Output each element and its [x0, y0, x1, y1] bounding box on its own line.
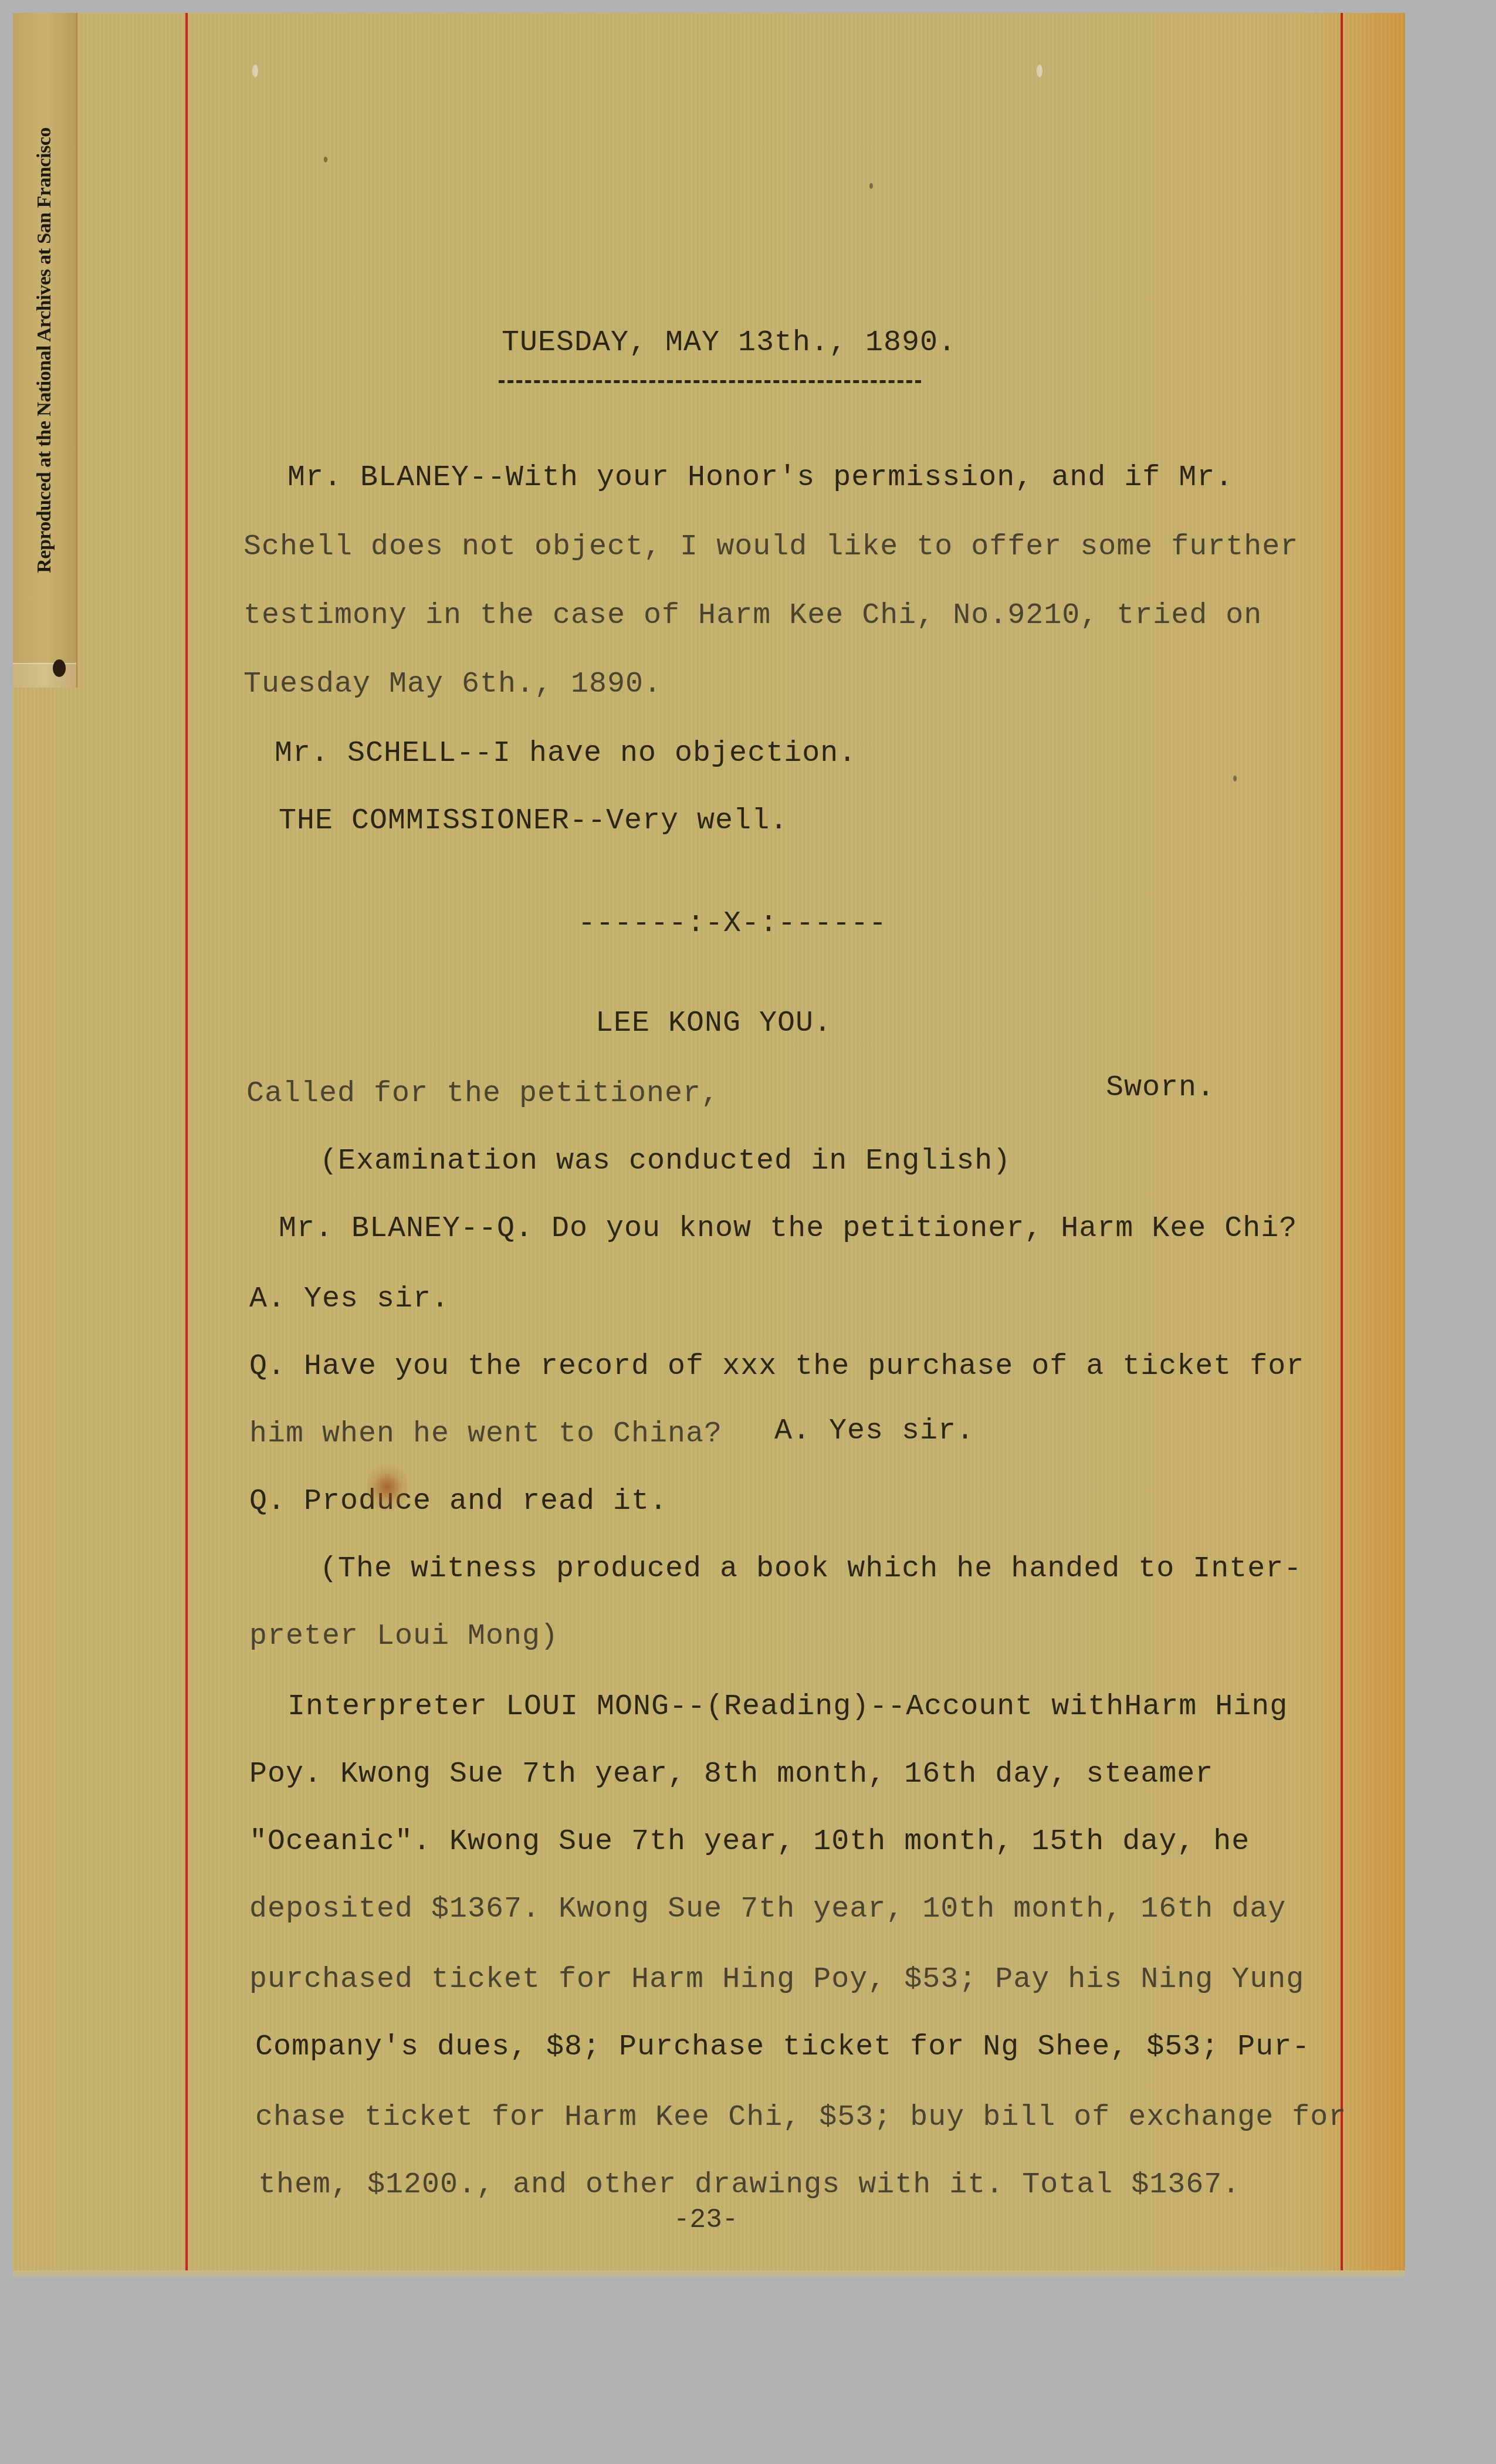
page-title-date: TUESDAY, MAY 13th., 1890.: [502, 326, 956, 361]
witness-action-note-line-1: (The witness produced a book which he ha…: [320, 1552, 1302, 1587]
answer-2: A. Yes sir.: [774, 1414, 974, 1449]
commissioner-response: THE COMMISSIONER--Very well.: [279, 804, 788, 839]
paper-bottom-edge: [13, 2270, 1405, 2277]
reading-line-6: Company's dues, $8; Purchase ticket for …: [255, 2030, 1310, 2065]
reading-line-8: them, $1200., and other drawings with it…: [258, 2168, 1240, 2203]
archive-reproduction-tab: Reproduced at the National Archives at S…: [13, 13, 77, 688]
archive-tab-fold: [13, 663, 76, 688]
reading-line-3: "Oceanic". Kwong Sue 7th year, 10th mont…: [249, 1825, 1250, 1860]
witness-action-note-line-2: preter Loui Mong): [249, 1619, 559, 1654]
archive-tab-tie-icon: [53, 659, 66, 677]
paper-speck: [1233, 776, 1237, 781]
page-number: -23-: [673, 2205, 738, 2235]
schell-response: Mr. SCHELL--I have no objection.: [275, 736, 857, 771]
paper-speck: [324, 157, 327, 163]
right-margin-line: [1341, 13, 1343, 2276]
reading-line-7: chase ticket for Harm Kee Chi, $53; buy …: [255, 2100, 1346, 2135]
title-underline: [499, 380, 921, 383]
left-margin-line: [185, 13, 188, 2276]
question-3: Q. Produce and read it.: [249, 1484, 668, 1519]
section-separator: ------:-X-:------: [578, 906, 887, 942]
archive-stamp-text: Reproduced at the National Archives at S…: [33, 127, 56, 573]
punch-hole-mark: [252, 65, 258, 77]
rust-stain: [367, 1461, 408, 1514]
examination-language-note: (Examination was conducted in English): [320, 1144, 1011, 1179]
reading-line-1: Interpreter LOUI MONG--(Reading)--Accoun…: [287, 1690, 1288, 1725]
blaney-statement-line-1: Mr. BLANEY--With your Honor's permission…: [287, 461, 1233, 496]
reading-line-4: deposited $1367. Kwong Sue 7th year, 10t…: [249, 1892, 1286, 1927]
witness-called-for: Called for the petitioner,: [246, 1077, 719, 1112]
question-1: Mr. BLANEY--Q. Do you know the petitione…: [279, 1211, 1297, 1247]
reading-line-2: Poy. Kwong Sue 7th year, 8th month, 16th…: [249, 1757, 1213, 1792]
blaney-statement-line-4: Tuesday May 6th., 1890.: [243, 667, 662, 702]
paper-speck: [869, 183, 873, 189]
question-2-line-1: Q. Have you the record of xxx the purcha…: [249, 1349, 1304, 1385]
punch-hole-mark: [1037, 65, 1043, 77]
question-2-line-2: him when he went to China?: [249, 1417, 722, 1452]
witness-name: LEE KONG YOU.: [595, 1006, 832, 1041]
aged-paper-edge: [1352, 13, 1405, 2276]
answer-1: A. Yes sir.: [249, 1282, 449, 1317]
blaney-statement-line-3: testimony in the case of Harm Kee Chi, N…: [243, 598, 1262, 634]
blaney-statement-line-2: Schell does not object, I would like to …: [243, 530, 1298, 565]
reading-line-5: purchased ticket for Harm Hing Poy, $53;…: [249, 1962, 1304, 1998]
witness-sworn: Sworn.: [1106, 1071, 1215, 1106]
